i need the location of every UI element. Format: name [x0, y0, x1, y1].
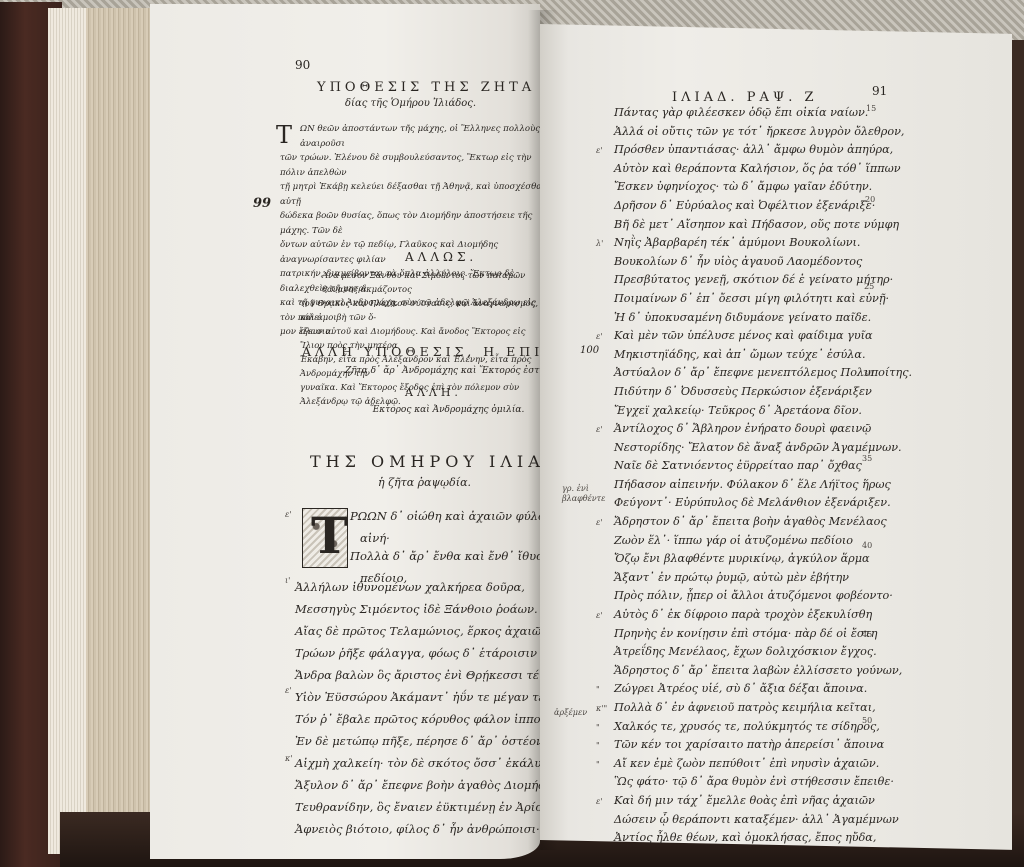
verse-line: Πάντας γὰρ φιλέεσκεν ὁδῷ ἔπι οἰκία ναίων… [596, 104, 912, 123]
verse-line: ε'Καὶ μὲν τῶν ὑπέλυσε μένος καὶ φαίδιμα … [596, 327, 912, 346]
verse-line: Ναῖε δὲ Σατνιόεντος ἐϋρρείταο παρ᾽ ὄχθας [596, 457, 912, 476]
verse-line: Δρῆσον δ᾽ Εὐρύαλος καὶ Ὀφέλτιον ἐξενάριξ… [596, 197, 912, 216]
verse-line: Ἡ δ᾽ ὑποκυσαμένη διδυμάονε γείνατο παῖδε… [596, 309, 912, 328]
verse-line: "Τῶν κέν τοι χαρίσαιτο πατὴρ ἀπερείσι᾽ ἄ… [596, 736, 912, 755]
verse-line: κ'"Πολλὰ δ᾽ ἐν ἀφνειοῦ πατρὸς κειμήλια κ… [596, 699, 912, 718]
verse-line: Φεύγοντ᾽· Εὐρύπυλος δὲ Μελάνθιον ἐξενάρι… [596, 494, 912, 513]
verse-line: Ποιμαίνων δ᾽ ἐπ᾽ ὄεσσι μίγη φιλότητι καὶ… [596, 290, 912, 309]
alle-line: Ἕκτορος καὶ Ἀνδρομάχης ὁμιλία. [370, 405, 524, 415]
allos-line: Ἀνὰ μέσον Ξάνθου καὶ Σιμόεντος τῶν ποταμ… [322, 268, 552, 296]
verse-line: Ἀτρεΐδης Μενέλαος, ἔχων δολιχόσκιον ἔγχο… [596, 643, 912, 662]
verse-line: Ἀντίος ἦλθε θέων, καὶ ὁμοκλήσας, ἔπος ηὔ… [596, 829, 912, 848]
verse-line: Βῆ δὲ μετ᾽ Αἴσηπον καὶ Πήδασον, οὕς ποτε… [596, 216, 912, 235]
verse-line: "Αἴ κεν ἐμὲ ζωὸν πεπύθοιτ᾽ ἐπὶ νηυσὶν ἀχ… [596, 755, 912, 774]
verse-line: Ἄδρηστος δ᾽ ἄρ᾽ ἔπειτα λαβὼν ἐλλίσσετο γ… [596, 662, 912, 681]
verse-line: Ἀλλά οἱ οὔτις τῶν γε τότ᾽ ἤρκεσε λυγρὸν … [596, 123, 912, 142]
hypothesis-line: τῶν τρώων. Ἑλένου δὲ συμβουλεύσαντος, Ἕκ… [280, 151, 552, 180]
verse-mark: ε' [285, 510, 292, 519]
verse-line: ε'Πρόσθεν ὑπαντιάσας· ἀλλ᾽ ἄμφω θυμὸν ἀπ… [596, 141, 912, 160]
verse-line: λ'Νηῒς Ἀβαρβαρέη τέκ᾽ ἀμύμονι Βουκολίωνι… [596, 234, 912, 253]
verse-line: Πρεσβύτατος γενεῇ, σκότιον δέ ἑ γείνατο … [596, 271, 912, 290]
verse-line: Πρηνὴς ἐν κονίῃσιν ἐπὶ στόμα· πὰρ δέ οἱ … [596, 625, 912, 644]
verse-line: Ζωὸν ἕλ᾽· ἵππω γάρ οἱ ἀτυζομένω πεδίοιο [596, 532, 912, 551]
flyleaves [48, 8, 90, 854]
verse-line: Ὣς φάτο· τῷ δ᾽ ἄρα θυμὸν ἐνὶ στήθεσσιν ἔ… [596, 773, 912, 792]
verse-line: Ἔσκεν ὑφηνίοχος· τὼ δ᾽ ἄμφω γαῖαν ἐδύτην… [596, 178, 912, 197]
allos-heading: ΑΛΛΩΣ. [405, 250, 477, 264]
decorated-initial-letter: Τ [311, 506, 348, 565]
verse-mark: ι' [285, 576, 290, 585]
margin-note: ἀρξέμεν [554, 708, 587, 717]
verse-line: Δώσειν ᾧ θεράποντι καταξέμεν· ἀλλ᾽ Ἀγαμέ… [596, 811, 912, 830]
right-verse-block: Πάντας γὰρ φιλέεσκεν ὁδῷ ἔπι οἰκία ναίων… [596, 104, 912, 848]
book-subtitle: ἡ ζῆτα ῥαψῳδία. [378, 476, 471, 489]
book-photo: 90 ΥΠΟΘΕΣΙΣ ΤΗΣ ΖΗΤΑ ΡΑΨΩ- δίας τῆς Ὁμήρ… [0, 0, 1024, 867]
book-binding-right [1010, 40, 1024, 840]
verse-line: Αὐτὸν καὶ θεράποντα Καλήσιον, ὅς ῥα τόθ᾽… [596, 160, 912, 179]
verse-line: Ἔγχεϊ χαλκείῳ· Τεῦκρος δ᾽ Ἀρετάονα δῖον. [596, 402, 912, 421]
page-block-edge [86, 8, 156, 854]
allos-line: τοῦ Θρᾳκὸς καὶ Γλαύκου σύστασις, καὶ ἀνα… [300, 296, 552, 324]
verse-line: Νεστορίδης· Ἔλατον δὲ ἄναξ ἀνδρῶν Ἀγαμέμ… [596, 439, 912, 458]
hypothesis-initial: Τ [276, 121, 292, 149]
verse-line: Ἄξαντ᾽ ἐν πρώτῳ ῥυμῷ, αὐτὼ μὲν ἐβήτην [596, 569, 912, 588]
left-folio-number: 90 [295, 58, 310, 72]
verse-line: Ἀστύαλον δ᾽ ἄρ᾽ ἔπεφνε μενεπτόλεμος Πολυ… [596, 364, 912, 383]
verse-line: "Χαλκός τε, χρυσός τε, πολύκμητός τε σίδ… [596, 718, 912, 737]
alle-heading: ΑΛΛΗ. [405, 386, 462, 399]
verse-line: Βουκολίων δ᾽ ἦν υἱὸς ἀγαυοῦ Λαομέδοντος [596, 253, 912, 272]
verse-mark: ε' [285, 686, 292, 695]
hypothesis-line: τῇ μητρὶ Ἑκάβῃ κελεύει δέξασθαι τῇ Ἀθηνᾷ… [280, 180, 552, 209]
verse-line: Μηκιστηϊάδης, καὶ ἀπ᾽ ὤμων τεύχε᾽ ἐσύλα. [596, 346, 912, 365]
verse-line: ε'Ἀντίλοχος δ᾽ Ἄβληρον ἐνήρατο δουρὶ φαε… [596, 420, 912, 439]
verse-line: Πρὸς πόλιν, ᾗπερ οἱ ἄλλοι ἀτυζόμενοι φοβ… [596, 587, 912, 606]
left-margin-number: 99 [253, 196, 271, 211]
verse-line: Ὄζῳ ἔνι βλαφθέντε μυρικίνῳ, ἀγκύλον ἅρμα [596, 550, 912, 569]
verse-line: "Ζώγρει Ἀτρέος υἱέ, σὺ δ᾽ ἄξια δέξαι ἄπο… [596, 680, 912, 699]
verse-line: ε'Ἄδρηστον δ᾽ ἄρ᾽ ἔπειτα βοὴν ἀγαθὸς Μεν… [596, 513, 912, 532]
verse-line: Πιδύτην δ᾽ Ὀδυσσεὺς Περκώσιον ἐξενάριξεν [596, 383, 912, 402]
right-running-title: ΙΛΙΑΔ. ΡΑΨ. Ζ [672, 90, 818, 105]
hypothesis-line: δώδεκα βοῶν θυσίας, ὅπως τὸν Διομήδην ἀπ… [280, 209, 552, 238]
verse-line: ε'Αὐτὸς δ᾽ ἐκ δίφροιο παρὰ τροχὸν ἐξεκυλ… [596, 606, 912, 625]
left-running-subtitle: δίας τῆς Ὁμήρου Ἰλιάδος. [345, 98, 476, 109]
hypothesis-line: ΩΝ θεῶν ἀποστάντων τῆς μάχης, οἱ Ἕλληνες… [300, 122, 552, 151]
right-folio-number: 91 [872, 84, 887, 98]
verse-mark: κ' [285, 754, 292, 763]
verse-line: Πήδασον αἰπεινήν. Φύλακον δ᾽ ἕλε Λήϊτος … [596, 476, 912, 495]
verse-line: ε'Καὶ δή μιν τάχ᾽ ἔμελλε θοὰς ἐπὶ νῆας ἀ… [596, 792, 912, 811]
